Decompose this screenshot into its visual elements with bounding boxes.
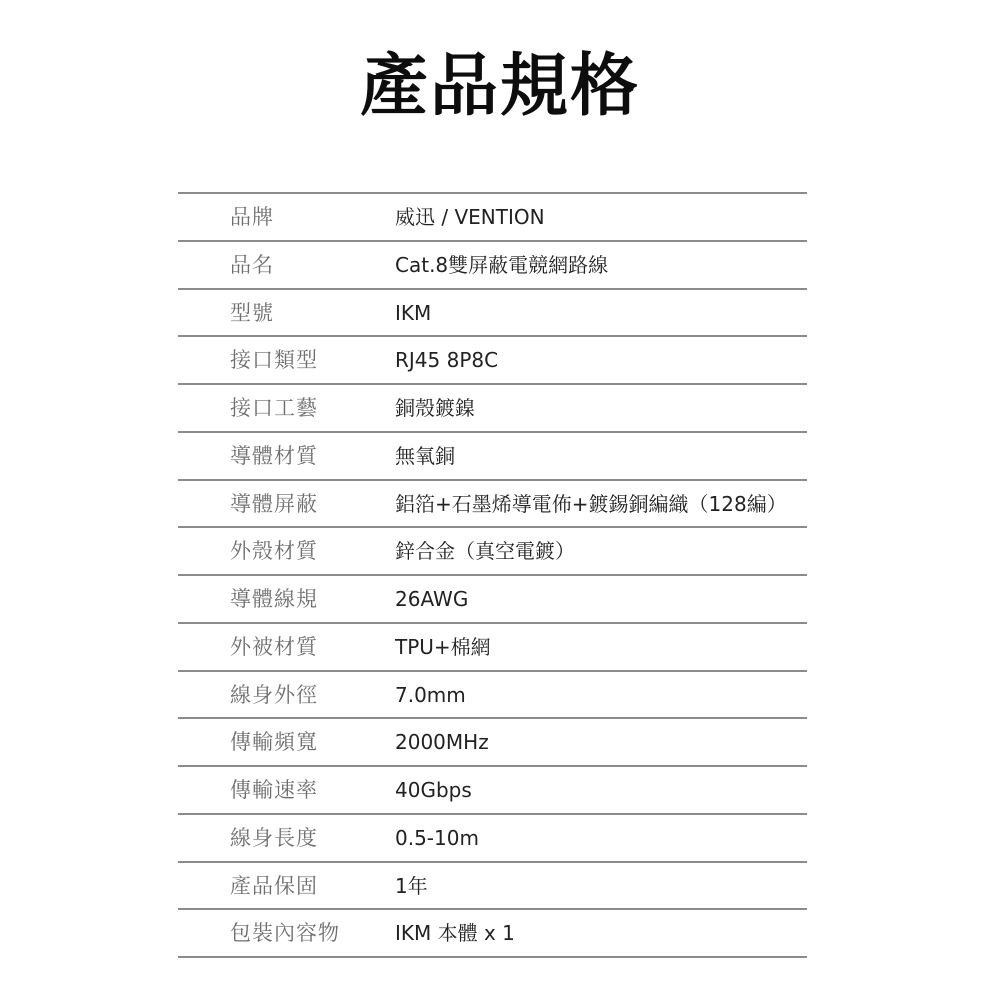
- spec-label: 品名: [230, 242, 274, 288]
- spec-row-conductor-shielding: 導體屏蔽 鋁箔+石墨烯導電佈+鍍錫銅編織（128編）: [178, 479, 807, 527]
- page-title: 產品規格: [0, 42, 1000, 132]
- spec-label: 導體材質: [230, 433, 318, 479]
- spec-label: 導體屏蔽: [230, 481, 318, 527]
- spec-row-connector-process: 接口工藝 銅殼鍍鎳: [178, 383, 807, 431]
- spec-value: 無氧銅: [395, 433, 455, 479]
- spec-value: IKM 本體 x 1: [395, 910, 515, 956]
- spec-row-cable-length: 線身長度 0.5-10m: [178, 813, 807, 861]
- spec-label: 線身外徑: [230, 672, 318, 718]
- spec-row-product-name: 品名 Cat.8雙屏蔽電競網路線: [178, 240, 807, 288]
- spec-label: 傳輸頻寬: [230, 719, 318, 765]
- spec-label: 型號: [230, 290, 274, 336]
- spec-value: 銅殼鍍鎳: [395, 385, 475, 431]
- spec-value: TPU+棉網: [395, 624, 491, 670]
- spec-value: 2000MHz: [395, 719, 489, 765]
- spec-value: Cat.8雙屏蔽電競網路線: [395, 242, 608, 288]
- spec-value: IKM: [395, 290, 431, 336]
- spec-label: 外殼材質: [230, 528, 318, 574]
- spec-value: 0.5-10m: [395, 815, 479, 861]
- spec-value: 1年: [395, 863, 428, 909]
- spec-table: 品牌 威迅 / VENTION 品名 Cat.8雙屏蔽電競網路線 型號 IKM …: [178, 192, 807, 958]
- spec-row-conductor-material: 導體材質 無氧銅: [178, 431, 807, 479]
- spec-row-bandwidth: 傳輸頻寬 2000MHz: [178, 717, 807, 765]
- spec-value: 鋅合金（真空電鍍）: [395, 528, 575, 574]
- spec-value: RJ45 8P8C: [395, 337, 498, 383]
- spec-row-connector-type: 接口類型 RJ45 8P8C: [178, 335, 807, 383]
- spec-label: 包裝內容物: [230, 910, 340, 956]
- spec-value: 40Gbps: [395, 767, 472, 813]
- spec-label: 導體線規: [230, 576, 318, 622]
- spec-row-package-contents: 包裝內容物 IKM 本體 x 1: [178, 908, 807, 958]
- spec-row-warranty: 產品保固 1年: [178, 861, 807, 909]
- spec-label: 品牌: [230, 194, 274, 240]
- spec-value: 威迅 / VENTION: [395, 194, 545, 240]
- spec-row-jacket-material: 外被材質 TPU+棉網: [178, 622, 807, 670]
- spec-value: 7.0mm: [395, 672, 466, 718]
- spec-value: 鋁箔+石墨烯導電佈+鍍錫銅編織（128編）: [395, 481, 787, 527]
- spec-row-shell-material: 外殼材質 鋅合金（真空電鍍）: [178, 526, 807, 574]
- spec-row-wire-gauge: 導體線規 26AWG: [178, 574, 807, 622]
- spec-row-model: 型號 IKM: [178, 288, 807, 336]
- spec-label: 接口類型: [230, 337, 318, 383]
- spec-label: 接口工藝: [230, 385, 318, 431]
- spec-label: 產品保固: [230, 863, 318, 909]
- spec-row-transfer-rate: 傳輸速率 40Gbps: [178, 765, 807, 813]
- spec-label: 外被材質: [230, 624, 318, 670]
- spec-label: 線身長度: [230, 815, 318, 861]
- spec-label: 傳輸速率: [230, 767, 318, 813]
- spec-row-outer-diameter: 線身外徑 7.0mm: [178, 670, 807, 718]
- spec-row-brand: 品牌 威迅 / VENTION: [178, 192, 807, 240]
- spec-value: 26AWG: [395, 576, 468, 622]
